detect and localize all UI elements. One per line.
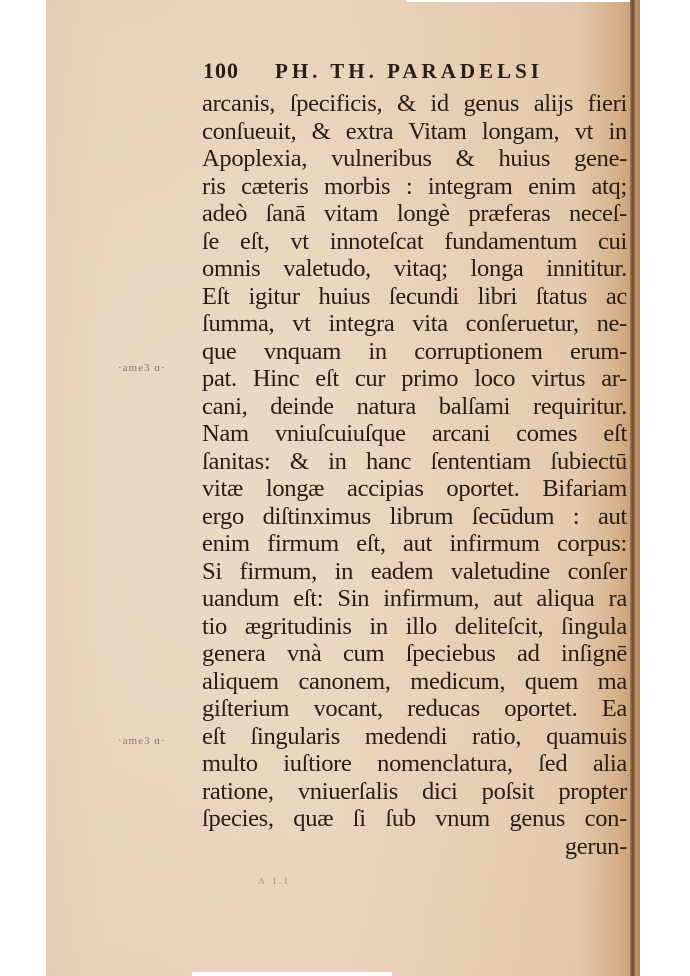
catchword: gerun-: [202, 833, 627, 861]
text-line: ſe eſt, vt innoteſcat fundamentum cui: [202, 228, 627, 256]
margin-mark: ·ame3 ɑ·: [118, 735, 166, 747]
text-line: conſueuit, & extra Vitam longam, vt in: [202, 118, 627, 146]
text-line: eſt ſingularis medendi ratio, quamuis: [202, 723, 627, 751]
page-spine-edge: [630, 0, 640, 976]
text-line: giſterium vocant, reducas oportet. Ea: [202, 695, 627, 723]
text-line: vitæ longæ accipias oportet. Bifariam: [202, 475, 627, 503]
text-line: adeò ſanā vitam longè præferas neceſ-: [202, 200, 627, 228]
margin-mark: ·ame3 ɑ·: [118, 362, 166, 374]
text-line: Eſt igitur huius ſecundi libri ſtatus ac: [202, 283, 627, 311]
text-line: pat. Hinc eſt cur primo loco virtus ar-: [202, 365, 627, 393]
text-line: ratione, vniuerſalis dici poſsit propter: [202, 778, 627, 806]
text-line: enim firmum eſt, aut infirmum corpus:: [202, 530, 627, 558]
text-line: Nam vniuſcuiuſque arcani comes eſt: [202, 420, 627, 448]
text-line: ſanitas: & in hanc ſententiam ſubiectū: [202, 448, 627, 476]
scan-edge-bottom: [192, 972, 392, 976]
text-line: ergo diſtinximus librum ſecūdum : aut: [202, 503, 627, 531]
page-header: 100 PH. TH. PARADELSI: [203, 58, 623, 88]
text-line: multo iuſtiore nomenclatura, ſed alia: [202, 750, 627, 778]
text-line: ſumma, vt integra vita conſeruetur, ne-: [202, 310, 627, 338]
text-line: Si firmum, in eadem valetudine conſer: [202, 558, 627, 586]
text-line: que vnquam in corruptionem erum-: [202, 338, 627, 366]
text-line: aliquem canonem, medicum, quem ma: [202, 668, 627, 696]
text-line: uandum eſt: Sin infirmum, aut aliqua ra: [202, 585, 627, 613]
scan-edge-top: [406, 0, 646, 2]
text-line: cani, deinde natura balſami requiritur.: [202, 393, 627, 421]
text-line: ris cæteris morbis : integram enim atq;: [202, 173, 627, 201]
text-line: omnis valetudo, vitaq; longa innititur.: [202, 255, 627, 283]
text-line: arcanis, ſpecificis, & id genus aliјs fi…: [202, 90, 627, 118]
running-head: PH. TH. PARADELSI: [275, 59, 543, 84]
body-text: arcanis, ſpecificis, & id genus aliјs fi…: [202, 90, 627, 860]
show-through-mark: ʌ ı.ı: [258, 873, 290, 889]
text-line: ſpecies, quæ ſi ſub vnum genus con-: [202, 805, 627, 833]
page-number: 100: [203, 58, 275, 84]
text-line: Apoplexia, vulneribus & huius gene-: [202, 145, 627, 173]
text-line: tio ægritudinis in illo deliteſcit, ſing…: [202, 613, 627, 641]
text-line: genera vnà cum ſpeciebus ad inſignē: [202, 640, 627, 668]
